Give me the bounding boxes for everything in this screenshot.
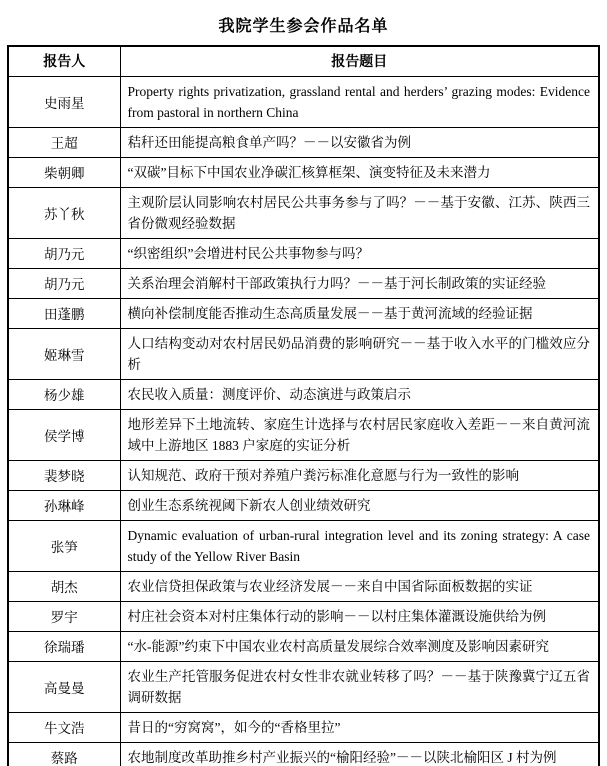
presenter-name: 裴梦晓 [8, 460, 120, 490]
works-table: 报告人 报告题目 史雨星Property rights privatizatio… [7, 45, 600, 766]
page-title: 我院学生参会作品名单 [0, 0, 607, 36]
table-row: 柴朝卿“双碳”目标下中国农业净碳汇核算框架、演变特征及未来潜力 [8, 157, 599, 187]
presenter-name: 王超 [8, 127, 120, 157]
table-row: 蔡路农地制度改革助推乡村产业振兴的“榆阳经验”－－以陕北榆阳区 J 村为例 [8, 742, 599, 766]
presenter-name: 张笋 [8, 520, 120, 571]
table-row: 高曼曼农业生产托管服务促进农村女性非农就业转移了吗？－－基于陕豫冀宁辽五省调研数… [8, 661, 599, 712]
table-row: 胡乃元关系治理会消解村干部政策执行力吗？－－基于河长制政策的实证经验 [8, 268, 599, 298]
presentation-topic: Dynamic evaluation of urban-rural integr… [120, 520, 599, 571]
presentation-topic: “织密组织”会增进村民公共事物参与吗？ [120, 238, 599, 268]
presenter-name: 侯学博 [8, 409, 120, 460]
table-row: 王超秸秆还田能提高粮食单产吗？－－以安徽省为例 [8, 127, 599, 157]
table-row: 胡乃元“织密组织”会增进村民公共事物参与吗？ [8, 238, 599, 268]
presentation-topic: 农业生产托管服务促进农村女性非农就业转移了吗？－－基于陕豫冀宁辽五省调研数据 [120, 661, 599, 712]
presentation-topic: 横向补偿制度能否推动生态高质量发展－－基于黄河流域的经验证据 [120, 298, 599, 328]
table-row: 史雨星Property rights privatization, grassl… [8, 76, 599, 127]
presenter-name: 史雨星 [8, 76, 120, 127]
presentation-topic: 认知规范、政府干预对养殖户粪污标准化意愿与行为一致性的影响 [120, 460, 599, 490]
presentation-topic: 村庄社会资本对村庄集体行动的影响－－以村庄集体灌溉设施供给为例 [120, 601, 599, 631]
presentation-topic: 农地制度改革助推乡村产业振兴的“榆阳经验”－－以陕北榆阳区 J 村为例 [120, 742, 599, 766]
table-row: 张笋Dynamic evaluation of urban-rural inte… [8, 520, 599, 571]
presenter-name: 蔡路 [8, 742, 120, 766]
presenter-name: 罗宇 [8, 601, 120, 631]
presenter-name: 徐瑞璠 [8, 631, 120, 661]
presenter-name: 胡乃元 [8, 268, 120, 298]
presentation-topic: 昔日的“穷窝窝”，如今的“香格里拉” [120, 712, 599, 742]
presenter-name: 胡乃元 [8, 238, 120, 268]
presentation-topic: 秸秆还田能提高粮食单产吗？－－以安徽省为例 [120, 127, 599, 157]
presenter-name: 胡杰 [8, 571, 120, 601]
header-row: 报告人 报告题目 [8, 46, 599, 76]
column-header-topic: 报告题目 [120, 46, 599, 76]
presentation-topic: 创业生态系统视阈下新农人创业绩效研究 [120, 490, 599, 520]
table-row: 胡杰农业信贷担保政策与农业经济发展－－来自中国省际面板数据的实证 [8, 571, 599, 601]
presentation-topic: 关系治理会消解村干部政策执行力吗？－－基于河长制政策的实证经验 [120, 268, 599, 298]
presenter-name: 姬琳雪 [8, 328, 120, 379]
document-page: 我院学生参会作品名单 报告人 报告题目 史雨星Property rights p… [0, 0, 607, 766]
table-row: 孙琳峰创业生态系统视阈下新农人创业绩效研究 [8, 490, 599, 520]
presentation-topic: 农业信贷担保政策与农业经济发展－－来自中国省际面板数据的实证 [120, 571, 599, 601]
presentation-topic: Property rights privatization, grassland… [120, 76, 599, 127]
table-row: 徐瑞璠“水-能源”约束下中国农业农村高质量发展综合效率测度及影响因素研究 [8, 631, 599, 661]
presenter-name: 孙琳峰 [8, 490, 120, 520]
presentation-topic: 农民收入质量：测度评价、动态演进与政策启示 [120, 379, 599, 409]
table-row: 裴梦晓认知规范、政府干预对养殖户粪污标准化意愿与行为一致性的影响 [8, 460, 599, 490]
table-row: 姬琳雪人口结构变动对农村居民奶品消费的影响研究－－基于收入水平的门槛效应分析 [8, 328, 599, 379]
table-row: 苏丫秋主观阶层认同影响农村居民公共事务参与了吗？－－基于安徽、江苏、陕西三省份微… [8, 187, 599, 238]
table-row: 侯学博地形差异下土地流转、家庭生计选择与农村居民家庭收入差距－－来自黄河流域中上… [8, 409, 599, 460]
presentation-topic: 主观阶层认同影响农村居民公共事务参与了吗？－－基于安徽、江苏、陕西三省份微观经验… [120, 187, 599, 238]
presenter-name: 杨少雄 [8, 379, 120, 409]
table-row: 田蓬鹏横向补偿制度能否推动生态高质量发展－－基于黄河流域的经验证据 [8, 298, 599, 328]
table-row: 罗宇村庄社会资本对村庄集体行动的影响－－以村庄集体灌溉设施供给为例 [8, 601, 599, 631]
table-row: 杨少雄农民收入质量：测度评价、动态演进与政策启示 [8, 379, 599, 409]
presentation-topic: “双碳”目标下中国农业净碳汇核算框架、演变特征及未来潜力 [120, 157, 599, 187]
table-row: 牛文浩昔日的“穷窝窝”，如今的“香格里拉” [8, 712, 599, 742]
presenter-name: 田蓬鹏 [8, 298, 120, 328]
presenter-name: 牛文浩 [8, 712, 120, 742]
presentation-topic: “水-能源”约束下中国农业农村高质量发展综合效率测度及影响因素研究 [120, 631, 599, 661]
presenter-name: 苏丫秋 [8, 187, 120, 238]
presenter-name: 柴朝卿 [8, 157, 120, 187]
presenter-name: 高曼曼 [8, 661, 120, 712]
presentation-topic: 地形差异下土地流转、家庭生计选择与农村居民家庭收入差距－－来自黄河流域中上游地区… [120, 409, 599, 460]
column-header-presenter: 报告人 [8, 46, 120, 76]
presentation-topic: 人口结构变动对农村居民奶品消费的影响研究－－基于收入水平的门槛效应分析 [120, 328, 599, 379]
